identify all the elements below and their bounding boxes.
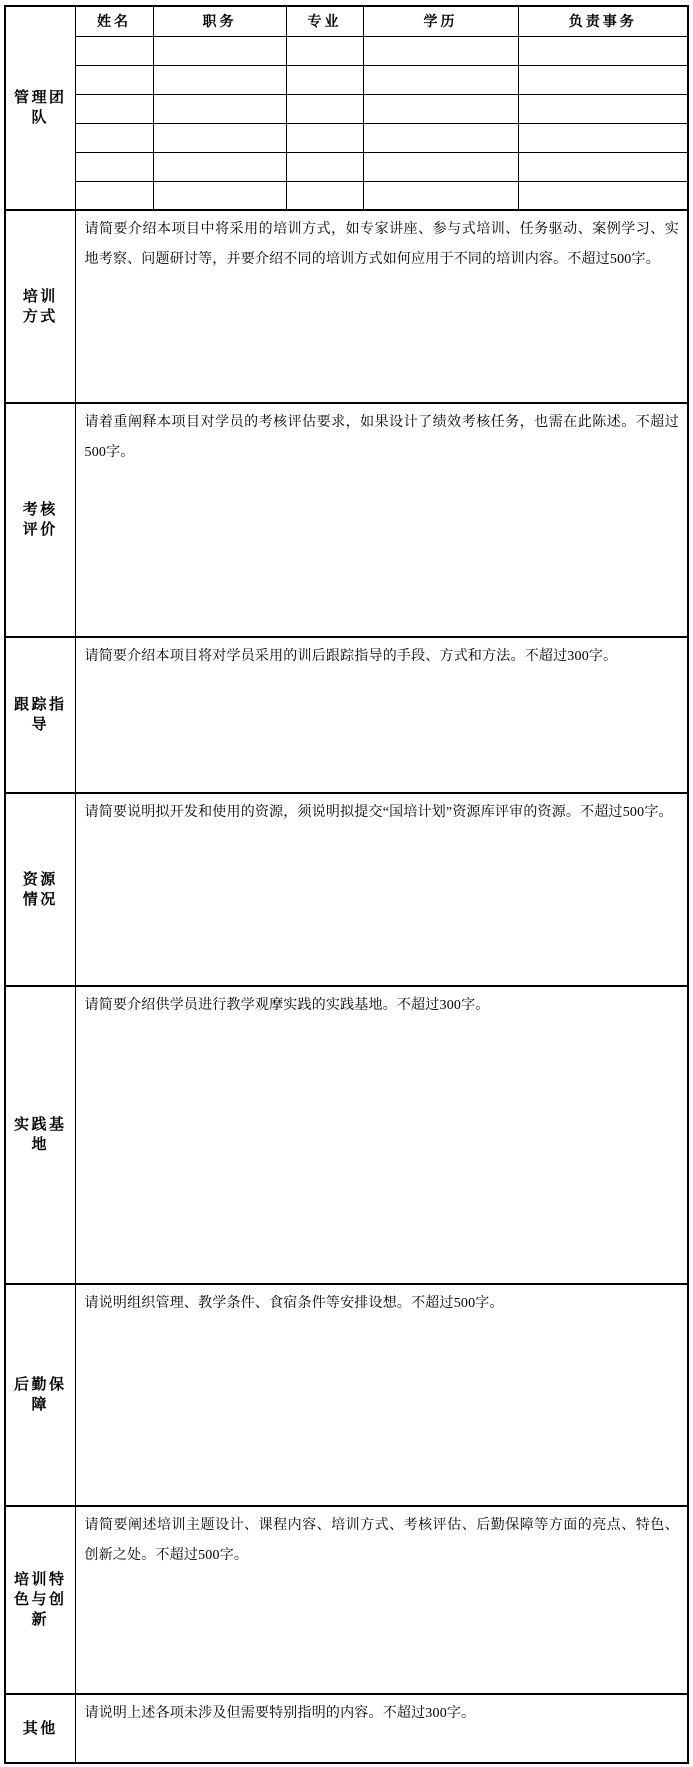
team-header-row: 管理团 队 姓名 职务 专业 学历 负责事务: [5, 6, 688, 36]
team-row: [5, 65, 688, 94]
training-program-form-table: 管理团 队 姓名 职务 专业 学历 负责事务: [4, 5, 689, 1764]
team-cell-position[interactable]: [153, 36, 286, 65]
team-cell-major[interactable]: [286, 94, 363, 123]
team-cell-major[interactable]: [286, 123, 363, 152]
team-cell-education[interactable]: [363, 181, 518, 210]
instruction-logistics-support: 请说明组织管理、教学条件、食宿条件等安排设想。不超过500字。: [85, 1289, 680, 1319]
instruction-training-method: 请简要介绍本项目中将采用的培训方式，如专家讲座、参与式培训、任务驱动、案例学习、…: [85, 215, 680, 275]
section-label-management-team: 管理团 队: [5, 6, 75, 210]
team-cell-duties[interactable]: [518, 152, 688, 181]
team-cell-duties[interactable]: [518, 181, 688, 210]
section-follow-up-guidance: 跟踪指 导 请简要介绍本项目将对学员采用的训后跟踪指导的手段、方式和方法。不超过…: [5, 637, 688, 793]
team-column-header-major: 专业: [286, 6, 363, 36]
instruction-practice-base: 请简要介绍供学员进行教学观摩实践的实践基地。不超过300字。: [85, 991, 680, 1021]
instruction-features-innovation: 请简要阐述培训主题设计、课程内容、培训方式、考核评估、后勤保障等方面的亮点、特色…: [85, 1511, 680, 1571]
section-practice-base: 实践基 地 请简要介绍供学员进行教学观摩实践的实践基地。不超过300字。: [5, 986, 688, 1284]
team-cell-name[interactable]: [75, 152, 153, 181]
section-label-features-innovation: 培训特 色与创 新: [5, 1506, 75, 1694]
section-content-other[interactable]: 请说明上述各项未涉及但需要特别指明的内容。不超过300字。: [75, 1694, 688, 1763]
section-label-other: 其他: [5, 1694, 75, 1763]
team-cell-major[interactable]: [286, 152, 363, 181]
team-cell-position[interactable]: [153, 123, 286, 152]
form-page: 管理团 队 姓名 职务 专业 学历 负责事务: [0, 0, 693, 1767]
team-cell-duties[interactable]: [518, 36, 688, 65]
team-column-header-education: 学历: [363, 6, 518, 36]
section-label-training-method: 培训 方式: [5, 210, 75, 403]
section-label-resources: 资源 情况: [5, 793, 75, 986]
team-cell-name[interactable]: [75, 36, 153, 65]
team-cell-name[interactable]: [75, 123, 153, 152]
section-resources: 资源 情况 请简要说明拟开发和使用的资源，须说明拟提交“国培计划”资源库评审的资…: [5, 793, 688, 986]
team-column-header-name: 姓名: [75, 6, 153, 36]
team-cell-major[interactable]: [286, 181, 363, 210]
team-row: [5, 94, 688, 123]
section-label-practice-base: 实践基 地: [5, 986, 75, 1284]
team-row: [5, 123, 688, 152]
instruction-other: 请说明上述各项未涉及但需要特别指明的内容。不超过300字。: [85, 1699, 680, 1729]
section-content-follow-up-guidance[interactable]: 请简要介绍本项目将对学员采用的训后跟踪指导的手段、方式和方法。不超过300字。: [75, 637, 688, 793]
team-cell-education[interactable]: [363, 94, 518, 123]
instruction-follow-up-guidance: 请简要介绍本项目将对学员采用的训后跟踪指导的手段、方式和方法。不超过300字。: [85, 642, 680, 672]
team-row: [5, 152, 688, 181]
team-cell-education[interactable]: [363, 65, 518, 94]
section-training-method: 培训 方式 请简要介绍本项目中将采用的培训方式，如专家讲座、参与式培训、任务驱动…: [5, 210, 688, 403]
instruction-assessment-evaluation: 请着重阐释本项目对学员的考核评估要求，如果设计了绩效考核任务，也需在此陈述。不超…: [85, 408, 680, 468]
section-other: 其他 请说明上述各项未涉及但需要特别指明的内容。不超过300字。: [5, 1694, 688, 1763]
team-cell-education[interactable]: [363, 36, 518, 65]
team-column-header-position: 职务: [153, 6, 286, 36]
team-row: [5, 36, 688, 65]
team-cell-duties[interactable]: [518, 65, 688, 94]
team-cell-position[interactable]: [153, 94, 286, 123]
team-cell-duties[interactable]: [518, 94, 688, 123]
team-cell-name[interactable]: [75, 94, 153, 123]
section-label-assessment-evaluation: 考核 评价: [5, 403, 75, 637]
section-content-training-method[interactable]: 请简要介绍本项目中将采用的培训方式，如专家讲座、参与式培训、任务驱动、案例学习、…: [75, 210, 688, 403]
instruction-resources: 请简要说明拟开发和使用的资源，须说明拟提交“国培计划”资源库评审的资源。不超过5…: [85, 798, 680, 828]
section-features-innovation: 培训特 色与创 新 请简要阐述培训主题设计、课程内容、培训方式、考核评估、后勤保…: [5, 1506, 688, 1694]
section-content-practice-base[interactable]: 请简要介绍供学员进行教学观摩实践的实践基地。不超过300字。: [75, 986, 688, 1284]
team-cell-position[interactable]: [153, 181, 286, 210]
section-content-assessment-evaluation[interactable]: 请着重阐释本项目对学员的考核评估要求，如果设计了绩效考核任务，也需在此陈述。不超…: [75, 403, 688, 637]
team-column-header-duties: 负责事务: [518, 6, 688, 36]
team-cell-education[interactable]: [363, 123, 518, 152]
section-label-logistics-support: 后勤保 障: [5, 1284, 75, 1506]
section-content-resources[interactable]: 请简要说明拟开发和使用的资源，须说明拟提交“国培计划”资源库评审的资源。不超过5…: [75, 793, 688, 986]
section-content-logistics-support[interactable]: 请说明组织管理、教学条件、食宿条件等安排设想。不超过500字。: [75, 1284, 688, 1506]
section-content-features-innovation[interactable]: 请简要阐述培训主题设计、课程内容、培训方式、考核评估、后勤保障等方面的亮点、特色…: [75, 1506, 688, 1694]
team-cell-position[interactable]: [153, 152, 286, 181]
section-label-follow-up-guidance: 跟踪指 导: [5, 637, 75, 793]
section-assessment-evaluation: 考核 评价 请着重阐释本项目对学员的考核评估要求，如果设计了绩效考核任务，也需在…: [5, 403, 688, 637]
team-cell-position[interactable]: [153, 65, 286, 94]
team-cell-major[interactable]: [286, 36, 363, 65]
team-row: [5, 181, 688, 210]
team-cell-education[interactable]: [363, 152, 518, 181]
team-cell-name[interactable]: [75, 181, 153, 210]
team-cell-major[interactable]: [286, 65, 363, 94]
team-cell-duties[interactable]: [518, 123, 688, 152]
section-logistics-support: 后勤保 障 请说明组织管理、教学条件、食宿条件等安排设想。不超过500字。: [5, 1284, 688, 1506]
team-cell-name[interactable]: [75, 65, 153, 94]
